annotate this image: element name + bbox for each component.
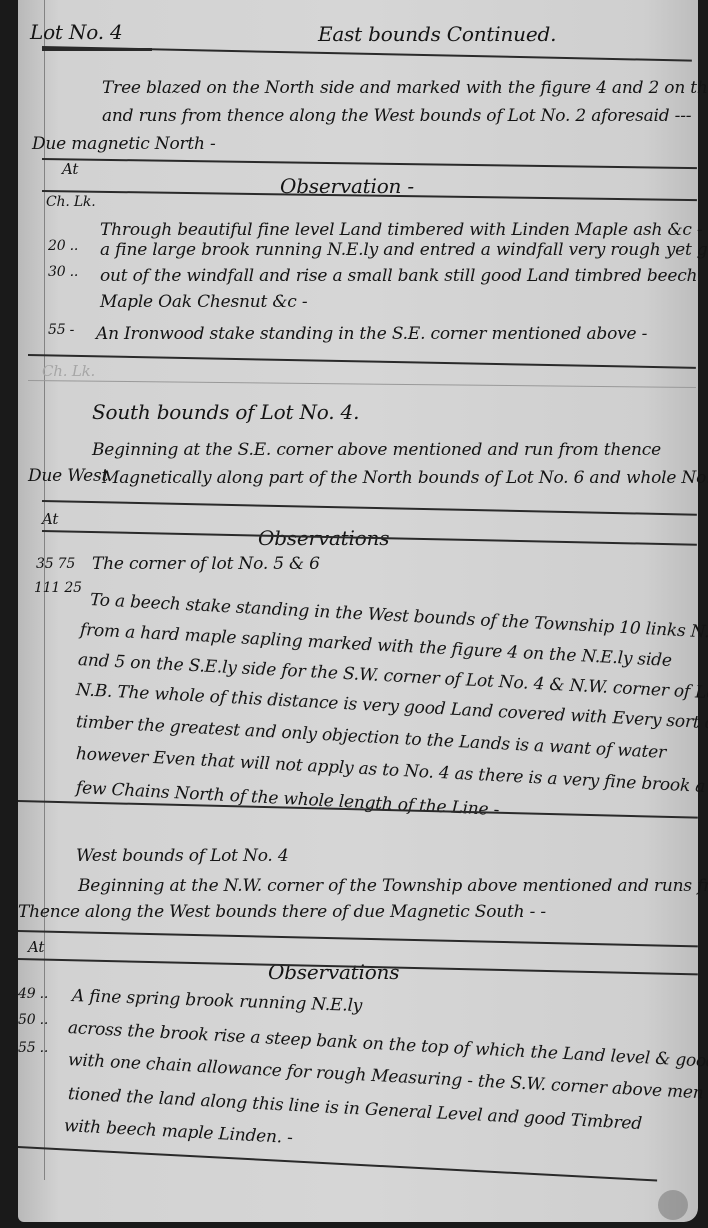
observation-at: 49 ..: [18, 986, 48, 1002]
observation-at: 20 ..: [48, 238, 78, 254]
col-at-label: At: [42, 510, 58, 528]
observation-text: few Chains North of the whole length of …: [75, 778, 499, 820]
page-title: East bounds Continued.: [318, 22, 556, 46]
rule-line: [42, 46, 692, 61]
observation-text: out of the windfall and rise a small ban…: [100, 266, 697, 286]
observation-at: 30 ..: [48, 264, 78, 280]
observation-text: An Ironwood stake standing in the S.E. c…: [96, 324, 647, 344]
observation-text: Through beautiful fine level Land timber…: [100, 220, 703, 240]
observation-at: 50 ..: [18, 1012, 48, 1028]
rule-line: [42, 158, 697, 169]
west-intro-line-2: Thence along the West bounds there of du…: [18, 902, 546, 922]
east-direction: Due magnetic North -: [32, 134, 216, 154]
east-intro-line-2: and runs from thence along the West boun…: [102, 106, 691, 126]
south-intro-line-1: Beginning at the S.E. corner above menti…: [92, 440, 661, 460]
west-bounds-title: West bounds of Lot No. 4: [76, 846, 288, 866]
ghost-text: Ch. Lk.: [42, 362, 95, 380]
west-intro-line-1: Beginning at the N.W. corner of the Town…: [78, 876, 708, 896]
south-margin-direction: Due West: [28, 466, 108, 486]
bottom-rule-line: [18, 1146, 657, 1181]
col-at-label: At: [62, 160, 78, 178]
ink-stain: [658, 1190, 688, 1220]
col-at-label: At: [28, 938, 44, 956]
observation-at: 35 75: [36, 556, 75, 572]
observation-text: with beech maple Linden. -: [63, 1116, 293, 1148]
lot-label: Lot No. 4: [30, 20, 123, 44]
observation-at: 55 ..: [18, 1040, 48, 1056]
south-bounds-title: South bounds of Lot No. 4.: [92, 400, 359, 424]
observation-text: a fine large brook running N.E.ly and en…: [100, 240, 708, 260]
rule-line: [42, 500, 697, 515]
east-intro-line-1: Tree blazed on the North side and marked…: [102, 78, 708, 98]
observation-text: Maple Oak Chesnut &c -: [100, 292, 307, 312]
south-intro-line-2: Magnetically along part of the North bou…: [102, 468, 708, 488]
faint-rule-line: [28, 380, 696, 388]
manuscript-page: Lot No. 4 East bounds Continued. Tree bl…: [18, 0, 698, 1222]
col-units-label: Ch. Lk.: [46, 194, 95, 210]
observation-at: 55 -: [48, 322, 74, 338]
observation-text: The corner of lot No. 5 & 6: [92, 554, 320, 574]
observation-at: 111 25: [34, 580, 82, 596]
observation-text: A fine spring brook running N.E.ly: [72, 986, 363, 1016]
rule-line: [18, 930, 698, 947]
rule-line: [28, 354, 696, 368]
